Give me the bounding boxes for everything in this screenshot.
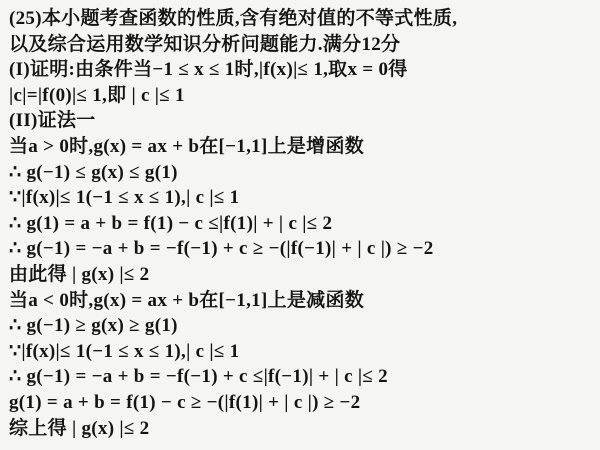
text-line-conclusion-2: 综上得 | g(x) |≤ 2 bbox=[9, 416, 592, 442]
text-line-ineq-3: ∴ g(1) = a + b = f(1) − c ≤|f(1)| + | c … bbox=[9, 211, 592, 237]
text-line-case-a-negative: 当a < 0时,g(x) = ax + b在[−1,1]上是减函数 bbox=[9, 288, 592, 314]
text-line-ineq-5: ∴ g(−1) ≥ g(x) ≥ g(1) bbox=[9, 313, 592, 339]
text-line-ineq-7: ∴ g(−1) = −a + b = −f(−1) + c ≤|f(−1)| +… bbox=[9, 364, 592, 390]
text-line-part1-proof: (I)证明:由条件当−1 ≤ x ≤ 1时,|f(x)|≤ 1,取x = 0得 bbox=[9, 57, 592, 83]
text-line-problem-intro-2: 以及综合运用数学知识分析问题能力.满分12分 bbox=[9, 32, 592, 58]
document-page: (25)本小题考查函数的性质,含有绝对值的不等式性质, 以及综合运用数学知识分析… bbox=[0, 0, 600, 450]
text-line-ineq-2: ∵|f(x)|≤ 1(−1 ≤ x ≤ 1),| c |≤ 1 bbox=[9, 185, 592, 211]
text-line-conclusion-1: 由此得 | g(x) |≤ 2 bbox=[9, 262, 592, 288]
text-line-ineq-1: ∴ g(−1) ≤ g(x) ≤ g(1) bbox=[9, 160, 592, 186]
text-line-part2-heading: (II)证法一 bbox=[9, 108, 592, 134]
text-line-part1-result: |c|=|f(0)|≤ 1,即 | c |≤ 1 bbox=[9, 83, 592, 109]
text-line-ineq-6: ∵|f(x)|≤ 1(−1 ≤ x ≤ 1),| c |≤ 1 bbox=[9, 339, 592, 365]
text-line-case-a-positive: 当a > 0时,g(x) = ax + b在[−1,1]上是增函数 bbox=[9, 134, 592, 160]
text-line-ineq-4: ∴ g(−1) = −a + b = −f(−1) + c ≥ −(|f(−1)… bbox=[9, 236, 592, 262]
text-line-problem-intro-1: (25)本小题考查函数的性质,含有绝对值的不等式性质, bbox=[9, 6, 592, 32]
text-line-ineq-8: g(1) = a + b = f(1) − c ≥ −(|f(1)| + | c… bbox=[9, 390, 592, 416]
